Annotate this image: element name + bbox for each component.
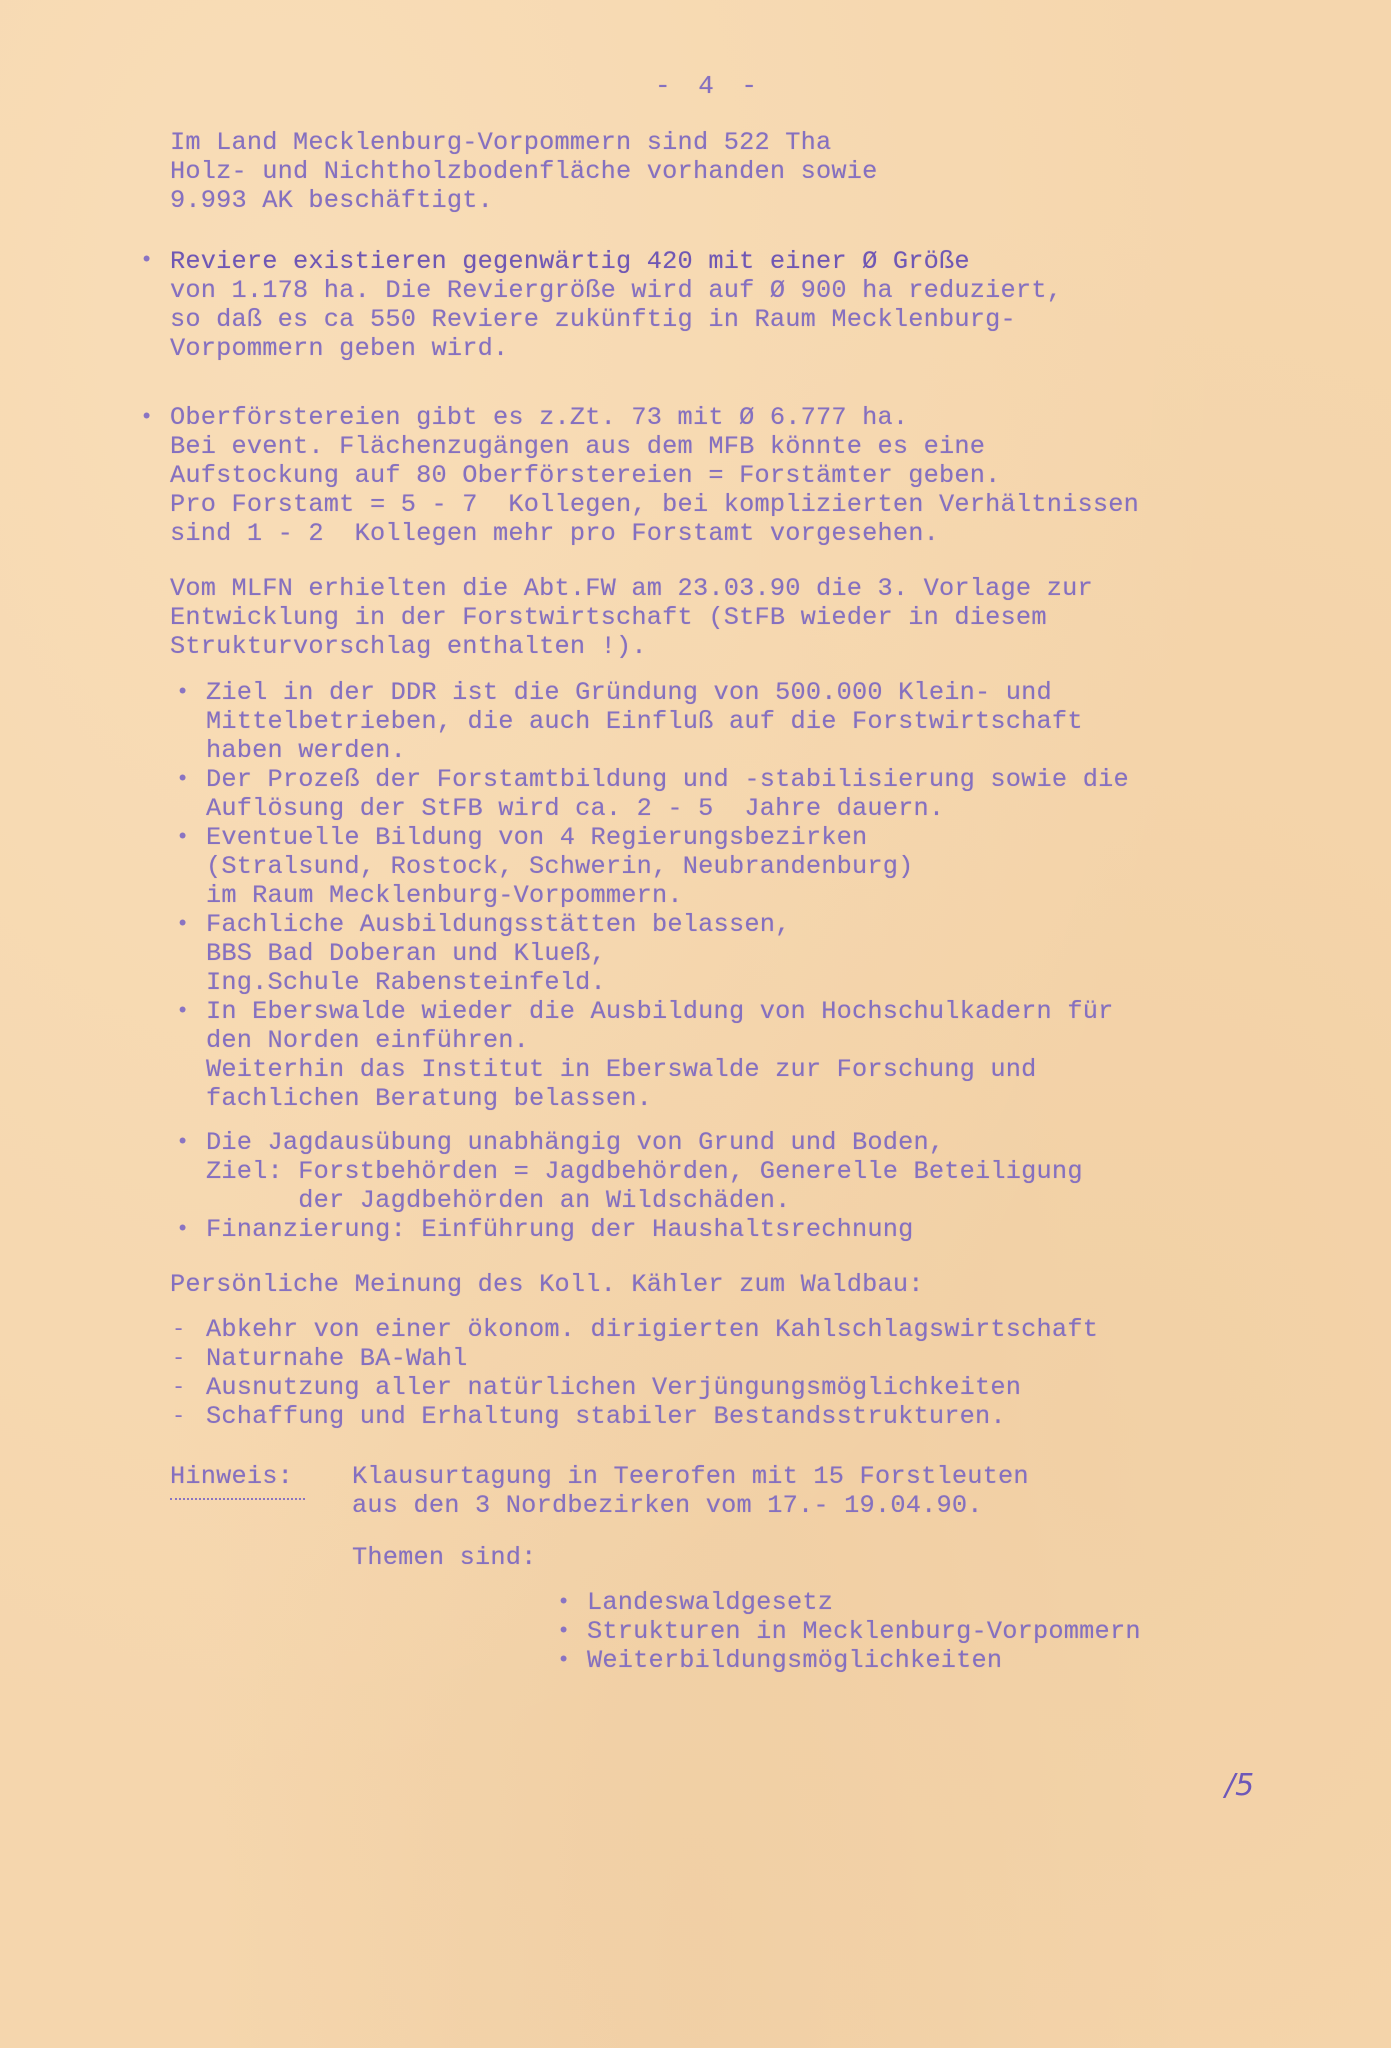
- list-item-line: (Stralsund, Rostock, Schwerin, Neubrande…: [206, 852, 914, 882]
- list-item-line: Auflösung der StFB wird ca. 2 - 5 Jahre …: [206, 794, 944, 824]
- text-line: von 1.178 ha. Die Reviergröße wird auf Ø…: [170, 276, 1062, 306]
- bullet-dot-icon: •: [176, 680, 189, 705]
- dash-icon: -: [172, 1317, 185, 1342]
- list-item-line: Ziel: Forstbehörden = Jagdbehörden, Gene…: [206, 1157, 1083, 1187]
- hinweis-label: Hinweis:: [170, 1462, 293, 1492]
- text-line: Oberförstereien gibt es z.Zt. 73 mit Ø 6…: [170, 403, 908, 433]
- underline: [170, 1496, 305, 1500]
- text-line: Holz- und Nichtholzbodenfläche vorhanden…: [170, 157, 878, 187]
- themen-item: Weiterbildungsmöglichkeiten: [587, 1646, 1002, 1676]
- themen-item: Landeswaldgesetz: [587, 1588, 833, 1618]
- list-item-line: Finanzierung: Einführung der Haushaltsre…: [206, 1215, 914, 1245]
- list-item-line: der Jagdbehörden an Wildschäden.: [206, 1186, 790, 1216]
- text-line: 9.993 AK beschäftigt.: [170, 186, 493, 216]
- typewritten-page: - 4 - Im Land Mecklenburg-Vorpommern sin…: [0, 0, 1391, 2048]
- opinion-item: Abkehr von einer ökonom. dirigierten Kah…: [206, 1315, 1098, 1345]
- text-line: Bei event. Flächenzugängen aus dem MFB k…: [170, 432, 985, 462]
- hinweis-line: Klausurtagung in Teerofen mit 15 Forstle…: [352, 1462, 1029, 1492]
- dash-icon: -: [172, 1404, 185, 1429]
- bullet-dot-icon: •: [557, 1590, 570, 1615]
- text-line: Strukturvorschlag enthalten !).: [170, 632, 647, 662]
- list-item-line: Fachliche Ausbildungsstätten belassen,: [206, 910, 790, 940]
- text-line: Entwicklung in der Forstwirtschaft (StFB…: [170, 603, 1047, 633]
- hinweis-line: aus den 3 Nordbezirken vom 17.- 19.04.90…: [352, 1491, 983, 1521]
- text-line: Vorpommern geben wird.: [170, 334, 508, 364]
- bullet-dot-icon: •: [176, 825, 189, 850]
- page-number: - 4 -: [655, 72, 763, 102]
- list-item-line: im Raum Mecklenburg-Vorpommern.: [206, 881, 683, 911]
- text-line: sind 1 - 2 Kollegen mehr pro Forstamt vo…: [170, 519, 939, 549]
- bullet-dot-icon: •: [176, 999, 189, 1024]
- list-item-line: den Norden einführen.: [206, 1026, 529, 1056]
- list-item-line: Der Prozeß der Forstamtbildung und -stab…: [206, 765, 1129, 795]
- list-item-line: Die Jagdausübung unabhängig von Grund un…: [206, 1128, 944, 1158]
- bullet-dot-icon: •: [176, 1130, 189, 1155]
- list-item-line: In Eberswalde wieder die Ausbildung von …: [206, 997, 1113, 1027]
- text-line: Vom MLFN erhielten die Abt.FW am 23.03.9…: [170, 574, 1093, 604]
- opinion-item: Ausnutzung aller natürlichen Verjüngungs…: [206, 1373, 1021, 1403]
- bullet-dot-icon: •: [140, 248, 153, 273]
- list-item-line: Ing.Schule Rabensteinfeld.: [206, 968, 606, 998]
- bullet-dot-icon: •: [176, 767, 189, 792]
- themen-item: Strukturen in Mecklenburg-Vorpommern: [587, 1617, 1141, 1647]
- bullet-dot-icon: •: [176, 912, 189, 937]
- bullet-dot-icon: •: [557, 1619, 570, 1644]
- text-line: so daß es ca 550 Reviere zukünftig in Ra…: [170, 305, 1016, 335]
- list-item-line: BBS Bad Doberan und Klueß,: [206, 939, 606, 969]
- bullet-dot-icon: •: [176, 1217, 189, 1242]
- text-line: Pro Forstamt = 5 - 7 Kollegen, bei kompl…: [170, 490, 1139, 520]
- next-page-marker: /5: [1225, 1768, 1254, 1803]
- dash-icon: -: [172, 1346, 185, 1371]
- text-line: Aufstockung auf 80 Oberförstereien = For…: [170, 461, 1001, 491]
- opinion-heading: Persönliche Meinung des Koll. Kähler zum…: [170, 1270, 924, 1300]
- opinion-item: Schaffung und Erhaltung stabiler Bestand…: [206, 1402, 1006, 1432]
- list-item-line: haben werden.: [206, 736, 406, 766]
- text-line: Im Land Mecklenburg-Vorpommern sind 522 …: [170, 128, 831, 158]
- bullet-dot-icon: •: [557, 1648, 570, 1673]
- opinion-item: Naturnahe BA-Wahl: [206, 1344, 467, 1374]
- list-item-line: Ziel in der DDR ist die Gründung von 500…: [206, 678, 1052, 708]
- list-item-line: fachlichen Beratung belassen.: [206, 1084, 652, 1114]
- text-line: Reviere existieren gegenwärtig 420 mit e…: [170, 247, 970, 277]
- themen-label: Themen sind:: [352, 1543, 537, 1573]
- dash-icon: -: [172, 1375, 185, 1400]
- list-item-line: Weiterhin das Institut in Eberswalde zur…: [206, 1055, 1037, 1085]
- list-item-line: Eventuelle Bildung von 4 Regierungsbezir…: [206, 823, 867, 853]
- bullet-dot-icon: •: [140, 405, 153, 430]
- list-item-line: Mittelbetrieben, die auch Einfluß auf di…: [206, 707, 1083, 737]
